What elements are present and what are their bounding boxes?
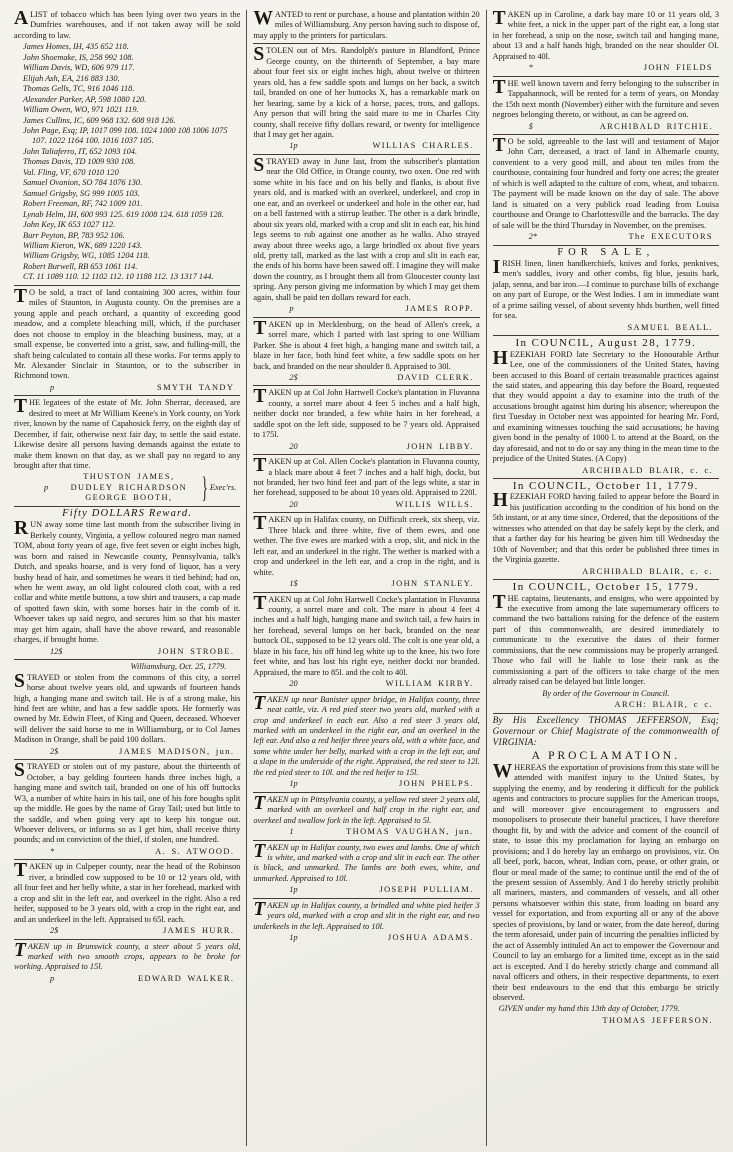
article-divider (14, 506, 240, 507)
article-body: STRAYED or stolen out of my pasture, abo… (14, 762, 240, 846)
printer-mark: 2$ (50, 926, 64, 936)
order-byline: By order of the Governour in Council. (493, 689, 719, 699)
printer-mark: 1p (289, 779, 303, 789)
tobacco-list-line: CT. 11 1089 110. 12 1102 112. 10 1188 11… (14, 272, 240, 282)
drop-cap: T (493, 594, 508, 612)
drop-cap: T (14, 862, 29, 880)
article-divider (253, 154, 479, 155)
printer-mark: * (50, 847, 64, 857)
signature-row: 20WILLIS WILLS. (253, 500, 479, 510)
signature-row: 2$JAMES HURR. (14, 926, 240, 936)
tobacco-list-line: Elijah Ash, EA, 216 883 130. (14, 74, 240, 84)
article-dateline: Williamsburg, Oct. 25, 1779. (14, 662, 240, 672)
article: TAKEN up in Pittsylvania county, a yello… (253, 795, 479, 838)
article: TAKEN up in Mecklenburg, on the head of … (253, 320, 479, 384)
article-divider (493, 478, 719, 479)
article-body: STOLEN out of Mrs. Randolph's pasture in… (253, 46, 479, 140)
article-heading: In COUNCIL, August 28, 1779. (493, 338, 719, 348)
tobacco-list-line: William Davis, WD, 606 979 117. (14, 63, 240, 73)
article-divider (14, 759, 240, 760)
printer-mark: 1$ (289, 579, 303, 589)
tobacco-list-line: John Page, Esq; IP, 1017 099 108. 1024 1… (14, 126, 240, 147)
article-body: STRAYED away in June last, from the subs… (253, 157, 479, 303)
printer-mark: 2* (529, 232, 543, 242)
drop-cap: T (253, 843, 267, 861)
article: TAKEN up in Caroline, a dark bay mare 10… (493, 10, 719, 74)
article-body: TAKEN up in Culpeper county, near the he… (14, 862, 240, 925)
article: TAKEN up at Col. Allen Cocke's plantatio… (253, 457, 479, 510)
drop-cap: T (14, 288, 29, 306)
printer-mark: 2$ (289, 373, 303, 383)
signature-name: THOMAS JEFFERSON. (602, 1016, 713, 1026)
signature-row: 2$JAMES MADISON, jun. (14, 747, 240, 757)
printer-mark: * (529, 63, 543, 73)
proclamation-heading: A PROCLAMATION. (493, 751, 719, 761)
printer-mark: 1p (289, 933, 303, 943)
article-body: RUN away some time last month from the s… (14, 520, 240, 645)
signature-row: 1THOMAS VAUGHAN, jun. (253, 827, 479, 837)
printer-mark: 20 (289, 442, 303, 452)
article: Williamsburg, Oct. 25, 1779.STRAYED or s… (14, 662, 240, 757)
drop-cap: I (493, 259, 503, 277)
drop-cap: T (493, 137, 508, 155)
signature-name: JOHN STANLEY. (391, 579, 473, 589)
tobacco-list-line: Thomas Davis, TD 1009 930 108. (14, 157, 240, 167)
signature-name: JAMES MADISON, jun. (119, 747, 234, 757)
article-body: TAKEN up in Halifax county, a brindled a… (253, 901, 479, 932)
signature-name: JAMES ROPP. (406, 304, 474, 314)
article-body: TAKEN up in Halifax county, two ewes and… (253, 843, 479, 885)
drop-cap: H (493, 492, 510, 510)
article-body: TAKEN up at Col John Hartwell Cocke's pl… (253, 595, 479, 679)
article-body: TAKEN up in Brunswick county, a steer ab… (14, 942, 240, 973)
tobacco-list-line: Alexander Parker, AP, 598 1080 120. (14, 95, 240, 105)
tobacco-list-line: James Homes, IH, 435 652 118. (14, 42, 240, 52)
article-divider (493, 76, 719, 77)
article-body: STRAYED or stolen from the commons of th… (14, 673, 240, 746)
signature-name: DAVID CLERK. (397, 373, 473, 383)
signature-row: 2*The EXECUTORS (493, 232, 719, 242)
tobacco-list-line: Burr Peyton, BP, 783 952 106. (14, 231, 240, 241)
newspaper-page: ALIST of tobacco which has been lying ov… (0, 0, 733, 1152)
printer-mark: 1p (289, 885, 303, 895)
drop-cap: T (253, 595, 268, 613)
column-3: TAKEN up in Caroline, a dark bay mare 10… (486, 10, 725, 1146)
article: In COUNCIL, October 11, 1779.HEZEKIAH FO… (493, 481, 719, 577)
article-divider (253, 792, 479, 793)
article: In COUNCIL, October 15, 1779.THE captain… (493, 582, 719, 710)
signature-name: GEORGE BOOTH, (58, 493, 200, 503)
signature-row: 1pJOSHUA ADAMS. (253, 933, 479, 943)
signature-row: *A. S. ATWOOD. (14, 847, 240, 857)
article: TO be sold, a tract of land containing 3… (14, 288, 240, 394)
printer-mark: p (44, 483, 58, 493)
drop-cap: H (493, 350, 510, 368)
signature-row: ARCH: BLAIR, c c. (493, 700, 719, 710)
signature-name: THOMAS VAUGHAN, jun. (346, 827, 474, 837)
article-divider (14, 939, 240, 940)
column-1: ALIST of tobacco which has been lying ov… (8, 10, 246, 1146)
article-closing: GIVEN under my hand this 13th day of Oct… (493, 1004, 719, 1014)
signature-row: 1pJOSEPH PULLIAM. (253, 885, 479, 895)
article-body: TAKEN up at Col. Allen Cocke's plantatio… (253, 457, 479, 499)
article: TAKEN up in Halifax county, on Difficult… (253, 515, 479, 589)
article: Fifty DOLLARS Reward.RUN away some time … (14, 509, 240, 657)
tobacco-list-line: John Taliaferro, IT, 652 1093 104. (14, 147, 240, 157)
article-body: THE well known tavern and ferry belongin… (493, 79, 719, 121)
printer-mark: 1p (289, 141, 303, 151)
signature-name: DUDLEY RICHARDSON (58, 483, 200, 493)
brace-glyph: } (202, 476, 208, 500)
drop-cap: T (253, 515, 268, 533)
signature-name: JAMES HURR. (163, 926, 234, 936)
printer-mark: p (289, 304, 303, 314)
signature-row: $ARCHIBALD RITCHIE. (493, 122, 719, 132)
signature-name: THUSTON JAMES, (58, 472, 200, 482)
drop-cap: T (253, 388, 268, 406)
article: TAKEN up at Col John Hartwell Cocke's pl… (253, 388, 479, 452)
tobacco-list-line: William Owen, WO, 971 1021 119. (14, 105, 240, 115)
article-body: TAKEN up in Mecklenburg, on the head of … (253, 320, 479, 372)
article: In COUNCIL, August 28, 1779.HEZEKIAH FOR… (493, 338, 719, 476)
article: TO be sold, agreeable to the last will a… (493, 137, 719, 243)
drop-cap: T (253, 695, 267, 713)
printer-mark: 12$ (50, 647, 64, 657)
drop-cap: T (493, 10, 508, 28)
tobacco-list-line: William Kieron, WK, 689 1220 143. (14, 241, 240, 251)
article-heading: By His Excellency THOMAS JEFFERSON, Esq;… (493, 716, 719, 749)
article: TAKEN up in Culpeper county, near the he… (14, 862, 240, 936)
signature-name: ARCHIBALD BLAIR, c. c. (582, 466, 713, 476)
drop-cap: T (253, 457, 268, 475)
drop-cap: T (14, 398, 29, 416)
article: TAKEN up at Col John Hartwell Cocke's pl… (253, 595, 479, 690)
drop-cap: W (493, 763, 515, 781)
article-divider (14, 395, 240, 396)
article-divider (14, 285, 240, 286)
article: THE well known tavern and ferry belongin… (493, 79, 719, 132)
article-divider (253, 898, 479, 899)
signature-name: JOHN FIELDS (644, 63, 713, 73)
article-heading: FOR SALE, (493, 248, 719, 258)
article-body: THE captains, lieutenants, and ensigns, … (493, 594, 719, 688)
drop-cap: A (14, 10, 30, 28)
printer-mark: 20 (289, 679, 303, 689)
article-divider (253, 454, 479, 455)
signature-name: ARCHIBALD RITCHIE. (600, 122, 713, 132)
signature-row: ARCHIBALD BLAIR, c. c. (493, 567, 719, 577)
article-body: TAKEN up near Banister upper bridge, in … (253, 695, 479, 779)
drop-cap: S (253, 46, 266, 64)
signature-row: THOMAS JEFFERSON. (493, 1016, 719, 1026)
article: STRAYED or stolen out of my pasture, abo… (14, 762, 240, 857)
article: TAKEN up in Halifax county, two ewes and… (253, 843, 479, 896)
signature-row: pSMYTH TANDY (14, 383, 240, 393)
tobacco-list-line: William Grigsby, WG, 1085 1204 118. (14, 251, 240, 261)
article-body: HEZEKIAH FORD late Secretary to the Hono… (493, 350, 719, 465)
article-body: TO be sold, a tract of land containing 3… (14, 288, 240, 382)
printer-mark: 2$ (50, 747, 64, 757)
article-body: TAKEN up in Caroline, a dark bay mare 10… (493, 10, 719, 62)
executors-signature: pTHUSTON JAMES,DUDLEY RICHARDSONGEORGE B… (14, 472, 240, 503)
article-divider (253, 592, 479, 593)
drop-cap: T (253, 320, 268, 338)
signature-row: 1$JOHN STANLEY. (253, 579, 479, 589)
drop-cap: T (253, 795, 267, 813)
signature-name: EDWARD WALKER. (138, 974, 234, 984)
signature-name: ARCHIBALD BLAIR, c. c. (582, 567, 713, 577)
signature-row: 1pWILLIAS CHARLES. (253, 141, 479, 151)
tobacco-list-line: Robert Burwell, RB 653 1061 114. (14, 262, 240, 272)
article-body: TO be sold, agreeable to the last will a… (493, 137, 719, 231)
signature-name: WILLIAM KIRBY. (386, 679, 474, 689)
article-body: HEZEKIAH FORD having failed to appear be… (493, 492, 719, 565)
article-heading: In COUNCIL, October 15, 1779. (493, 582, 719, 592)
drop-cap: W (253, 10, 275, 28)
signature-row: 20WILLIAM KIRBY. (253, 679, 479, 689)
signature-row: *JOHN FIELDS (493, 63, 719, 73)
article-body: TAKEN up in Pittsylvania county, a yello… (253, 795, 479, 826)
signature-name: JOHN STROBE. (158, 647, 235, 657)
signature-name: JOSEPH PULLIAM. (379, 885, 473, 895)
article-divider (253, 840, 479, 841)
article-divider (493, 713, 719, 714)
drop-cap: T (493, 79, 508, 97)
article: By His Excellency THOMAS JEFFERSON, Esq;… (493, 716, 719, 1027)
article-divider (493, 245, 719, 246)
tobacco-list-line: Val. Fling, VF, 670 1010 120 (14, 168, 240, 178)
signature-name: SMYTH TANDY (157, 383, 234, 393)
tobacco-list-line: Thomas Gells, TC, 916 1046 118. (14, 84, 240, 94)
article-divider (253, 385, 479, 386)
drop-cap: T (14, 942, 28, 960)
signature-name: SAMUEL BEALL. (627, 323, 713, 333)
signature-name: JOHN LIBBY. (407, 442, 474, 452)
printer-mark: 1 (289, 827, 303, 837)
tobacco-list-line: Samuel Grigsby, SG 999 1005 103. (14, 189, 240, 199)
printer-mark: p (50, 974, 64, 984)
article-body: WHEREAS the exportation of provisions fr… (493, 763, 719, 1003)
signature-row: pJAMES ROPP. (253, 304, 479, 314)
drop-cap: R (14, 520, 30, 538)
article-divider (253, 317, 479, 318)
article: THE legatees of the estate of Mr. John S… (14, 398, 240, 504)
article: STRAYED away in June last, from the subs… (253, 157, 479, 315)
drop-cap: S (14, 673, 27, 691)
article-body: THE legatees of the estate of Mr. John S… (14, 398, 240, 471)
article: STOLEN out of Mrs. Randolph's pasture in… (253, 46, 479, 152)
article-body: TAKEN up in Halifax county, on Difficult… (253, 515, 479, 578)
drop-cap: S (14, 762, 27, 780)
tobacco-list: James Homes, IH, 435 652 118.John Shoema… (14, 42, 240, 282)
signature-row: SAMUEL BEALL. (493, 323, 719, 333)
article: TAKEN up in Halifax county, a brindled a… (253, 901, 479, 944)
article-body: TAKEN up at Col John Hartwell Cocke's pl… (253, 388, 479, 440)
article: ALIST of tobacco which has been lying ov… (14, 10, 240, 283)
tobacco-list-line: Samuel Ovanion, SO 784 1076 130. (14, 178, 240, 188)
article-body: IRISH linen, linen handkerchiefs, knives… (493, 259, 719, 322)
tobacco-list-line: Lynab Helm, IH, 600 993 125. 619 1008 12… (14, 210, 240, 220)
article-divider (253, 512, 479, 513)
signature-name: JOHN PHELPS. (399, 779, 474, 789)
signature-name: WILLIAS CHARLES. (372, 141, 473, 151)
executors-label: Exec'rs. (210, 483, 236, 493)
signature-row: pEDWARD WALKER. (14, 974, 240, 984)
tobacco-list-line: John Shoemake, IS, 258 992 108. (14, 53, 240, 63)
signature-name: JOSHUA ADAMS. (388, 933, 474, 943)
executor-names: THUSTON JAMES,DUDLEY RICHARDSONGEORGE BO… (58, 472, 200, 503)
article-divider (253, 43, 479, 44)
printer-mark: $ (529, 122, 543, 132)
tobacco-list-line: James Cullins, IC, 609 968 132. 608 918 … (14, 116, 240, 126)
signature-row: 20JOHN LIBBY. (253, 442, 479, 452)
tobacco-list-line: John Key, IK 653 1027 112. (14, 220, 240, 230)
article-divider (14, 859, 240, 860)
drop-cap: S (253, 157, 266, 175)
article: TAKEN up in Brunswick county, a steer ab… (14, 942, 240, 985)
signature-row: ARCHIBALD BLAIR, c. c. (493, 466, 719, 476)
signature-name: The EXECUTORS (629, 232, 713, 242)
article-body: ALIST of tobacco which has been lying ov… (14, 10, 240, 41)
drop-cap: T (253, 901, 267, 919)
signature-row: 2$DAVID CLERK. (253, 373, 479, 383)
article: TAKEN up near Banister upper bridge, in … (253, 695, 479, 790)
signature-row: 12$JOHN STROBE. (14, 647, 240, 657)
article-heading: Fifty DOLLARS Reward. (14, 509, 240, 519)
tobacco-list-line: Robert Freeman, RF, 742 1009 101. (14, 199, 240, 209)
signature-name: WILLIS WILLS. (395, 500, 473, 510)
article-divider (253, 692, 479, 693)
column-2: WANTED to rent or purchase, a house and … (246, 10, 485, 1146)
article: WANTED to rent or purchase, a house and … (253, 10, 479, 41)
signature-name: ARCH: BLAIR, c c. (615, 700, 713, 710)
printer-mark: p (50, 383, 64, 393)
article: FOR SALE,IRISH linen, linen handkerchief… (493, 248, 719, 334)
article-body: WANTED to rent or purchase, a house and … (253, 10, 479, 41)
article-divider (14, 659, 240, 660)
signature-row: 1pJOHN PHELPS. (253, 779, 479, 789)
article-divider (493, 335, 719, 336)
printer-mark: 20 (289, 500, 303, 510)
article-heading: In COUNCIL, October 11, 1779. (493, 481, 719, 491)
article-divider (493, 134, 719, 135)
article-divider (493, 579, 719, 580)
signature-name: A. S. ATWOOD. (155, 847, 234, 857)
